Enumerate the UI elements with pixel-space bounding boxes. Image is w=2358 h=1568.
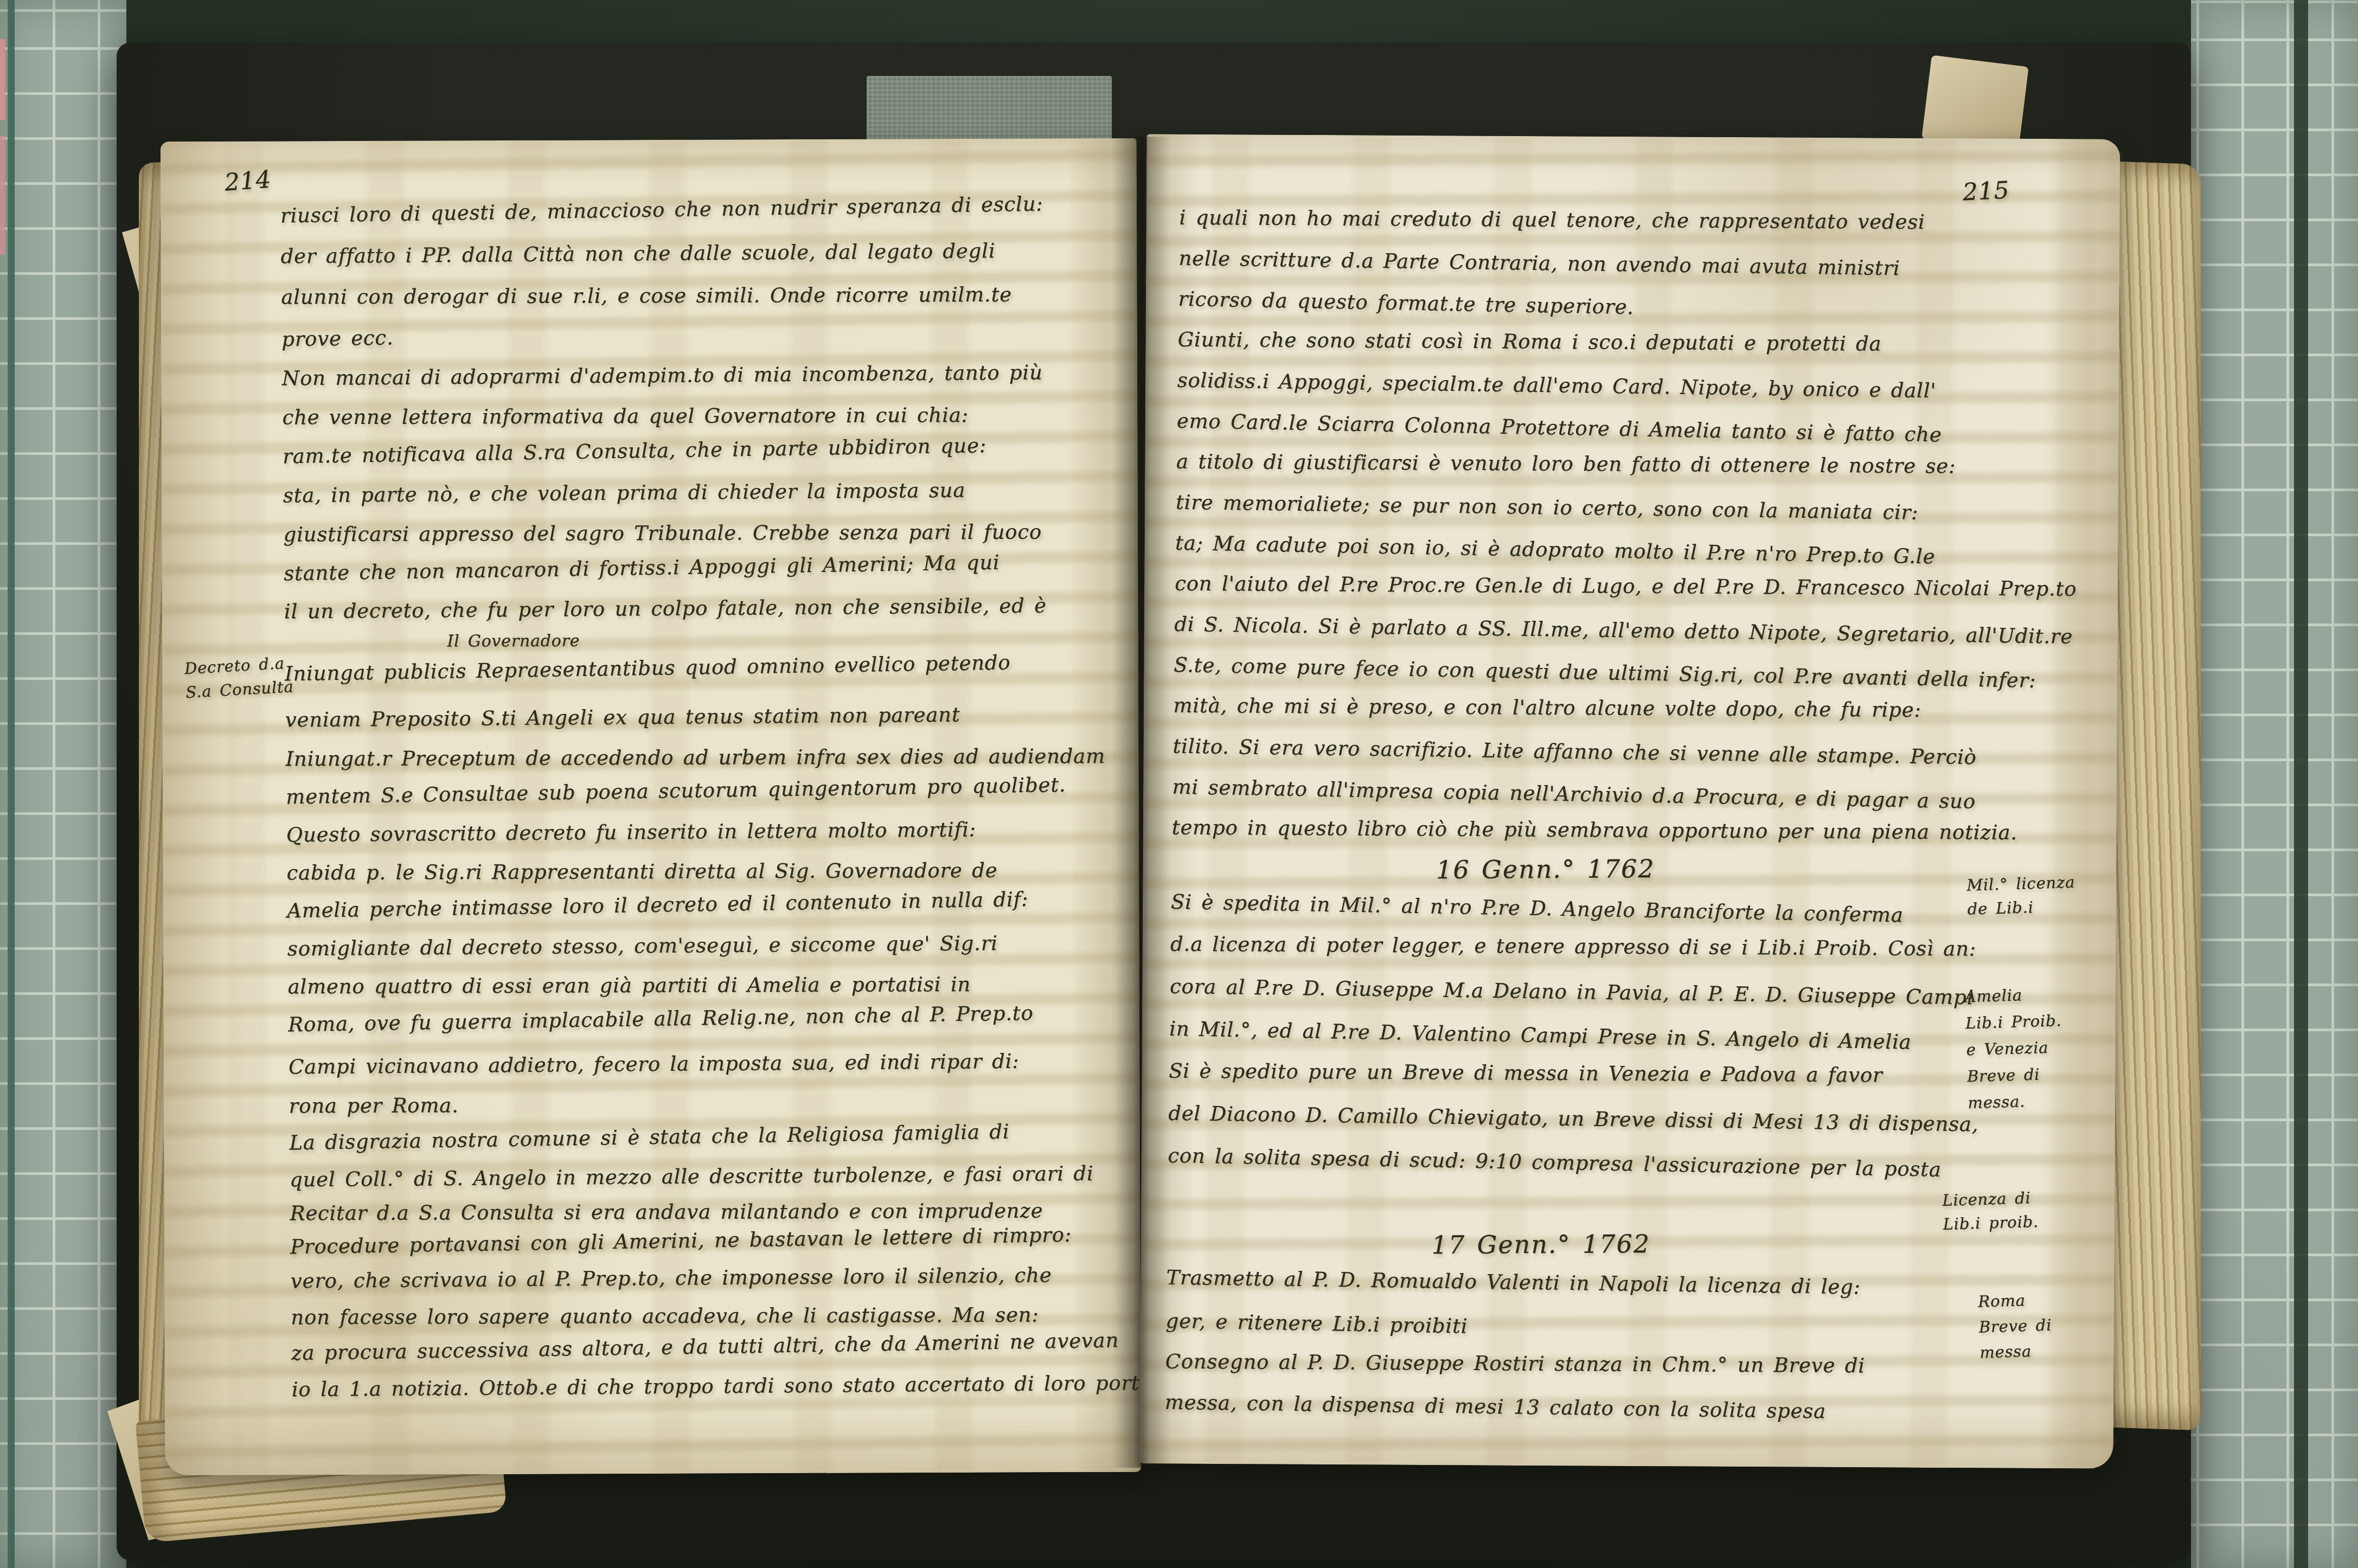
- right-page-text: i quali non ho mai creduto di quel tenor…: [1131, 131, 2120, 1472]
- manuscript-line: tilito. Si era vero sacrifizio. Lite aff…: [1172, 735, 1972, 769]
- manuscript-line: der affatto i PP. dalla Città non che da…: [281, 238, 1127, 268]
- manuscript-line: i quali non ho mai creduto di quel tenor…: [1179, 206, 1979, 234]
- date-heading-16-january-1762: 16 Genn.° 1762: [1171, 853, 1920, 886]
- manuscript-line: di S. Nicola. Si è parlato a SS. Ill.me,…: [1174, 613, 1974, 647]
- manuscript-line: Recitar d.a S.a Consulta si era andava m…: [290, 1199, 1136, 1225]
- manuscript-line: Non mancai di adoprarmi d'adempim.to di …: [282, 360, 1128, 390]
- manuscript-line: stante che non mancaron di fortiss.i App…: [284, 549, 1130, 585]
- manuscript-line: prove ecc.: [281, 326, 394, 351]
- margin-note-line: Amelia: [1964, 981, 2061, 1010]
- left-page: 214 Decreto d.a S.a Consulta riusci loro…: [161, 138, 1142, 1475]
- margin-note-line: de Lib.i: [1967, 894, 2076, 921]
- manuscript-line: d.a licenza di poter legger, e tenere ap…: [1170, 933, 1970, 961]
- left-edge-teal-strip: [8, 0, 15, 1568]
- right-ruler-dark-strip: [2294, 0, 2308, 1568]
- manuscript-line: rona per Roma.: [289, 1094, 459, 1117]
- manuscript-line: La disgrazia nostra comune si è stata ch…: [289, 1118, 1135, 1154]
- manuscript-line: S.te, come pure fece io con questi due u…: [1174, 653, 1974, 691]
- manuscript-line: mi sembrato all'impresa copia nell'Archi…: [1172, 775, 1972, 813]
- left-page-text: riusci loro di questi de, minaccioso che…: [161, 135, 1150, 1478]
- manuscript-line: Si è spedita in Mil.° al n'ro P.re D. An…: [1171, 890, 1971, 928]
- paper-scrap: [1921, 55, 2029, 151]
- page-number-right: 215: [1962, 176, 2010, 206]
- margin-note-line: Breve di: [1978, 1313, 2052, 1340]
- margin-note-line: e Venezia: [1966, 1034, 2063, 1063]
- manuscript-line: Consegno al P. D. Giuseppe Rostiri stanz…: [1165, 1350, 1965, 1378]
- manuscript-line: Campi vicinavano addietro, fecero la imp…: [289, 1049, 1135, 1078]
- manuscript-line: nelle scritture d.a Parte Contraria, non…: [1178, 247, 1978, 281]
- manuscript-line: Giunti, che sono stati così in Roma i sc…: [1178, 328, 1978, 356]
- margin-note-line: messa: [1979, 1338, 2053, 1366]
- manuscript-line: Questo sovrascritto decreto fu inserito …: [286, 817, 1132, 846]
- manuscript-line: con la solita spesa di scud: 9:10 compre…: [1168, 1144, 1968, 1182]
- manuscript-line: ger, e ritenere Lib.i proibiti: [1165, 1309, 1468, 1338]
- manuscript-line: non facesse loro sapere quanto accadeva,…: [291, 1303, 1137, 1329]
- margin-note-roma-breve: Roma Breve di messa: [1978, 1287, 2053, 1366]
- manuscript-line: che venne lettera informativa da quel Go…: [283, 403, 1129, 429]
- manuscript-line: a titolo di giustificarsi è venuto loro …: [1176, 450, 1976, 478]
- manuscript-line: alunni con derogar di sue r.li, e cose s…: [281, 282, 1127, 309]
- margin-note-line: Roma: [1978, 1287, 2052, 1315]
- margin-note-amelia-venezia: Amelia Lib.i Proib. e Venezia Breve di m…: [1964, 981, 2065, 1116]
- left-edge-pink-strip: [0, 39, 5, 120]
- manuscript-line: con l'aiuto del P.re Proc.re Gen.le di L…: [1175, 572, 1975, 600]
- manuscript-line: mentem S.e Consultae sub poena scutorum …: [286, 772, 1132, 808]
- manuscript-line: ta; Ma cadute poi son io, si è adoprato …: [1175, 531, 1976, 569]
- manuscript-line: tire memorialiete; se pur non son io cer…: [1176, 491, 1976, 525]
- margin-note-decreto: Decreto d.a S.a Consulta: [184, 651, 294, 704]
- manuscript-line: io la 1.a notizia. Ottob.e di che troppo…: [292, 1371, 1138, 1401]
- manuscript-line: tempo in questo libro ciò che più sembra…: [1172, 816, 1972, 844]
- manuscript-line: mità, che mi si è preso, e con l'altro a…: [1173, 694, 1973, 722]
- manuscript-line: Si è spedito pure un Breve di messa in V…: [1169, 1059, 1969, 1088]
- manuscript-line: messa, con la dispensa di mesi 13 calato…: [1165, 1391, 1965, 1425]
- manuscript-line: emo Card.le Sciarra Colonna Protettore d…: [1177, 409, 1977, 447]
- manuscript-line: ram.te notificava alla S.ra Consulta, ch…: [283, 432, 1129, 468]
- margin-note-line: Lib.i Proib.: [1965, 1007, 2062, 1037]
- manuscript-line: Il Governadore: [447, 632, 580, 651]
- manuscript-line: ricorso da questo format.te tre superior…: [1178, 287, 1634, 319]
- margin-note-line: Mil.° licenza: [1966, 870, 2075, 897]
- manuscript-line: somigliante dal decreto stesso, com'eseg…: [287, 930, 1133, 960]
- gutter-shadow: [1111, 137, 1170, 1468]
- margin-note-line: messa.: [1968, 1087, 2065, 1116]
- fabric-strip: [867, 76, 1112, 145]
- manuscript-line: za procura successiva ass altora, e da t…: [291, 1328, 1137, 1365]
- manuscript-line: quel Coll.° di S. Angelo in mezzo alle d…: [290, 1161, 1136, 1191]
- page-number-left: 214: [223, 165, 272, 196]
- manuscript-line: in Mil.°, ed al P.re D. Valentino Campi …: [1169, 1017, 1970, 1055]
- manuscript-line: del Diacono D. Camillo Chievigato, un Br…: [1168, 1102, 1968, 1136]
- manuscript-line: Trasmetto al P. D. Romualdo Valenti in N…: [1166, 1266, 1966, 1301]
- margin-note-licenza-libri: Licenza di Lib.i proib.: [1942, 1186, 2039, 1236]
- margin-note-line: Lib.i proib.: [1943, 1210, 2039, 1236]
- manuscript-line: giustificarsi appresso del sagro Tribuna…: [284, 520, 1130, 546]
- manuscript-line: Iniungat publicis Repraesentantibus quod…: [285, 649, 1131, 685]
- manuscript-line: vero, che scrivava io al P. Prep.to, che…: [291, 1263, 1137, 1293]
- manuscript-line: Amelia perche intimasse loro il decreto …: [287, 886, 1133, 922]
- manuscript-line: veniam Preposito S.ti Angeli ex qua tenu…: [285, 702, 1131, 731]
- left-edge-pink-strip: [0, 136, 5, 255]
- margin-note-milano-licenza: Mil.° licenza de Lib.i: [1966, 870, 2076, 921]
- manuscript-line: riusci loro di questi de, minaccioso che…: [280, 191, 1126, 227]
- margin-note-line: Licenza di: [1942, 1186, 2039, 1212]
- right-ruler-grid: [2191, 0, 2358, 1568]
- manuscript-line: cora al P.re D. Giuseppe M.a Delano in P…: [1170, 975, 1970, 1010]
- manuscript-line: sta, in parte nò, e che volean prima di …: [283, 477, 1129, 507]
- manuscript-line: il un decreto, che fu per loro un colpo …: [284, 593, 1130, 623]
- manuscript-line: Roma, ove fu guerra implacabile alla Rel…: [288, 1000, 1134, 1036]
- manuscript-photo: 214 Decreto d.a S.a Consulta riusci loro…: [0, 0, 2358, 1568]
- manuscript-line: solidiss.i Appoggi, specialm.te dall'emo…: [1177, 369, 1977, 403]
- manuscript-line: Procedure portavansi con gli Amerini, ne…: [290, 1222, 1136, 1258]
- right-page: 215 i quali non ho mai creduto di quel t…: [1140, 134, 2120, 1468]
- date-heading-17-january-1762: 17 Genn.° 1762: [1167, 1228, 1915, 1261]
- manuscript-line: Iniungat.r Preceptum de accedendo ad urb…: [286, 744, 1132, 770]
- manuscript-line: cabida p. le Sig.ri Rappresentanti diret…: [287, 858, 1133, 884]
- margin-note-line: Breve di: [1966, 1061, 2064, 1090]
- manuscript-line: almeno quattro di essi eran già partiti …: [288, 972, 1134, 998]
- left-ruler-grid: [0, 0, 126, 1568]
